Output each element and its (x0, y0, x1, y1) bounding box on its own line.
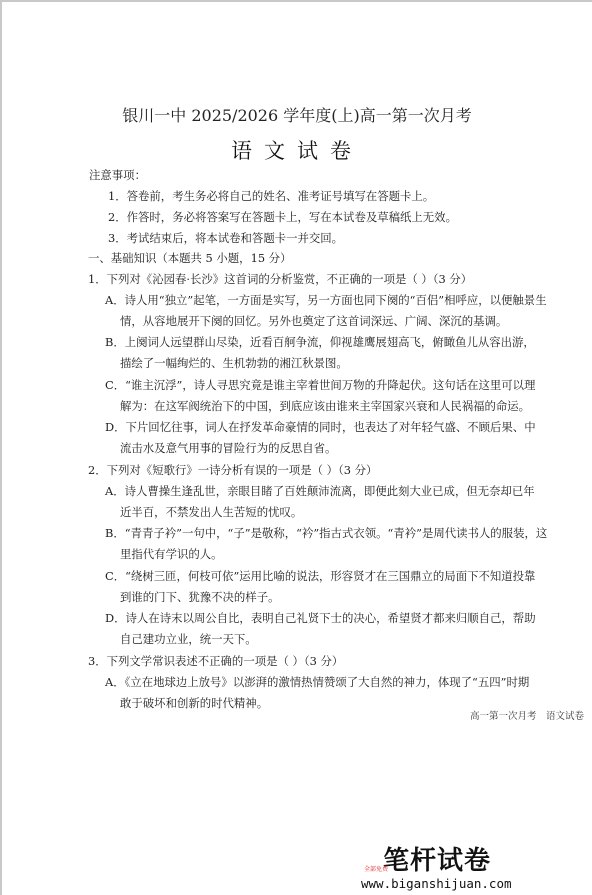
q1-option-b-cont: 描绘了一幅绚烂的、生机勃勃的湘江秋景图。 (120, 356, 348, 370)
section-heading: 一、基础知识（本题共 5 小题，15 分） (88, 251, 291, 265)
q2-option-d-cont: 自己建功立业，统一天下。 (120, 632, 257, 646)
q2-option-d: D．诗人在诗末以周公自比，表明自己礼贤下士的决心，希望贤才都来归顺自己，帮助 (105, 611, 536, 625)
q1-option-a-cont: 情，从容地展开下阕的回忆。另外也奠定了这首词深远、广阔、深沉的基调。 (120, 314, 507, 328)
question-1-stem: 1．下列对《沁园春·长沙》这首词的分析鉴赏，不正确的一项是（ ）（3 分） (88, 272, 472, 286)
q3-option-a-cont: 敢于破坏和创新的时代精神。 (120, 696, 268, 710)
q1-option-d-cont: 流击水及意气用事的冒险行为的反思自省。 (120, 441, 336, 455)
q1-option-c-cont: 解为：在这军阀统治下的中国，到底应该由谁来主宰国家兴衰和人民祸福的命运。 (120, 399, 530, 413)
watermark-free-tag: 全部免费 (364, 864, 388, 873)
notice-item-1: 1．答卷前，考生务必将自己的姓名、准考证号填写在答题卡上。 (108, 189, 434, 203)
q2-option-b: B．“青青子衿”一句中，“子”是敬称，“衿”指古式衣领。“青衿”是周代读书人的服… (105, 526, 547, 540)
q2-option-a-cont: 近半百，不禁发出人生苦短的忧叹。 (120, 505, 302, 519)
notice-item-3: 3．考试结束后，将本试卷和答题卡一并交回。 (108, 231, 343, 245)
q1-option-a: A．诗人用“独立”起笔，一方面是实写，另一方面也同下阕的“百侣”相呼应，以便触景… (105, 293, 547, 307)
page-footer: 高一第一次月考 语文试卷 第 (470, 708, 592, 722)
notice-heading: 注意事项： (89, 168, 146, 182)
q1-option-d: D．下片回忆往事，词人在抒发革命豪情的同时，也表达了对年轻气盛、不顾后果、中 (105, 420, 536, 434)
q2-option-b-cont: 里指代有学识的人。 (120, 547, 223, 561)
q2-option-a: A．诗人曹操生逢乱世，亲眼目睹了百姓颠沛流离，即便此刻大业已成，但无奈却已年 (105, 484, 535, 498)
q1-option-c: C．“谁主沉浮”，诗人寻思究竟是谁主宰着世间万物的升降起伏。这句话在这里可以理 (105, 378, 535, 392)
subject-title: 语文试卷 (2, 135, 592, 165)
school-exam-title: 银川一中 2025/2026 学年度(上)高一第一次月考 (2, 103, 592, 126)
question-3-stem: 3．下列文学常识表述不正确的一项是（ ）（3 分） (88, 654, 343, 668)
watermark-brand: 笔杆试卷 (383, 840, 491, 877)
question-2-stem: 2．下列对《短歌行》一诗分析有误的一项是（ ）（3 分） (88, 463, 377, 477)
exam-page: 银川一中 2025/2026 学年度(上)高一第一次月考 语文试卷 注意事项： … (2, 2, 592, 895)
notice-item-2: 2．作答时，务必将答案写在答题卡上，写在本试卷及草稿纸上无效。 (108, 210, 457, 224)
q2-option-c-cont: 到谁的门下、犹豫不决的样子。 (120, 590, 279, 604)
q3-option-a: A．《立在地球边上放号》以澎湃的激情热情赞颂了大自然的神力，体现了“五四”时期 (105, 675, 529, 689)
q1-option-b: B．上阕词人远望群山尽染，近看百舸争流，仰视雄鹰展翅高飞，俯瞰鱼儿从容出游， (105, 335, 535, 349)
watermark-url[interactable]: www.biganshijuan.com (361, 876, 512, 891)
q2-option-c: C．“绕树三匝，何枝可依”运用比喻的说法，形容贤才在三国鼎立的局面下不知道投靠 (105, 569, 535, 583)
